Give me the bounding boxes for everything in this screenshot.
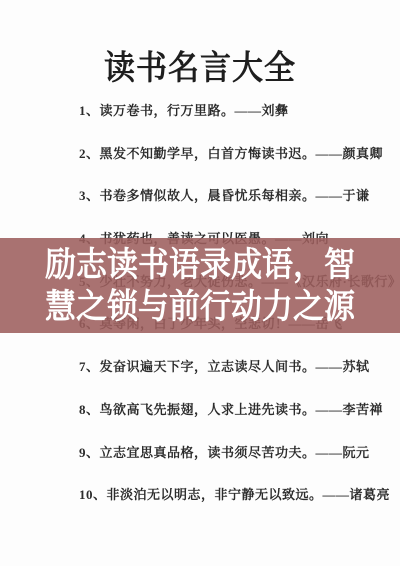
headline-overlay-banner: 励志读书语录成语，智 慧之锁与前行动力之源 (0, 238, 400, 333)
quote-document-page: 读书名言大全 1、读万卷书，行万里路。——刘彝 2、黑发不知勤学早，白首方悔读书… (0, 0, 400, 566)
quote-item: 3、书卷多情似故人，晨昏忧乐每相亲。——于谦 (0, 181, 400, 224)
quote-item: 1、读万卷书，行万里路。——刘彝 (0, 96, 400, 139)
page-title: 读书名言大全 (0, 40, 400, 89)
headline-line-2: 慧之锁与前行动力之源 (45, 283, 355, 329)
quote-item: 7、发奋识遍天下字，立志读尽人间书。——苏轼 (0, 352, 400, 395)
quote-item: 2、黑发不知勤学早，白首方悔读书迟。——颜真卿 (0, 139, 400, 182)
quote-item: 10、非淡泊无以明志，非宁静无以致远。——诸葛亮 (0, 480, 400, 523)
headline-line-1: 励志读书语录成语，智 (45, 241, 355, 287)
quote-item: 8、鸟欲高飞先振翅，人求上进先读书。——李苦禅 (0, 395, 400, 438)
quote-item: 9、立志宜思真品格，读书须尽苦功夫。——阮元 (0, 438, 400, 481)
